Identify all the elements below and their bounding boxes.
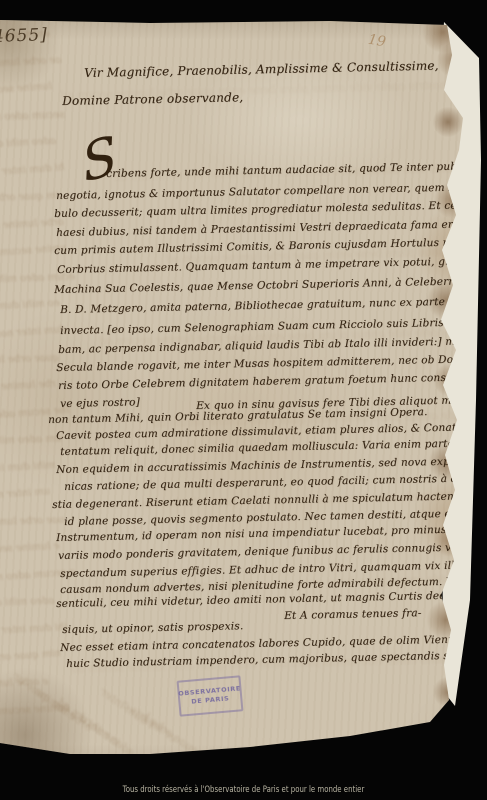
letter-line: Et A coramus tenues fra- (284, 607, 422, 622)
letter-line: nicas ratione; de qua multi desperarunt,… (64, 472, 487, 493)
letter-line: bulo decusserit; quam ultra limites prog… (54, 199, 487, 220)
ghost-stroke: ihi dum inter no (0, 622, 68, 637)
letter-line: Corbrius stimulassent. Quamquam tantum à… (57, 255, 487, 276)
ghost-stroke: ae orbe lumine s (0, 55, 62, 70)
observatoire-stamp: OBSERVATOIRE DE PARIS (177, 675, 244, 716)
ghost-stroke: orbe lumine (32, 685, 94, 734)
ghost-stroke: eo mihi dum inte (0, 298, 60, 313)
letter-line: Domine Patrone observande, (62, 90, 243, 108)
ghost-stroke: er nostris c (120, 698, 179, 745)
ghost-stroke: dum inter nostr (0, 324, 67, 341)
letter-line: Secula blande rogavit, me inter Musas ho… (56, 353, 473, 374)
stamp-line-2: DE PARIS (191, 695, 230, 705)
page-number: 19 (367, 32, 387, 51)
ghost-stroke: lumine secum ade (0, 703, 69, 719)
copyright-bar: Tous droits réservés à l'Observatoire de… (0, 754, 487, 800)
ghost-stroke: mihi dum inter (0, 460, 56, 475)
manuscript-page: enim quae orbe lae orbe lumine s lumine … (0, 0, 487, 800)
ghost-stroke: um inter nostris (0, 486, 51, 503)
letter-line: haesi dubius, nisi tandem à Praestantiss… (56, 216, 487, 239)
ghost-stroke: secum adeo mihi (0, 110, 65, 124)
letter-line: B. D. Metzgero, amita paterna, Bibliothe… (60, 295, 472, 316)
ghost-stroke: i dum inter (98, 685, 156, 731)
ghost-stroke: e lumine secum a (0, 541, 60, 557)
letter-line: Vir Magnifice, Praenobilis, Amplissime &… (84, 59, 439, 80)
ghost-stroke: e orbe lumine se (0, 677, 48, 691)
ghost-stroke: im quae orbe lum (0, 190, 59, 204)
letter-line: siquis, ut opinor, satis prospexis. (62, 620, 244, 636)
ghost-stroke: enim quae or (11, 670, 79, 723)
catalog-number: 4655] (0, 25, 48, 47)
letter-line: bam, ac perpensa indignabar, aliquid lau… (58, 335, 487, 356)
ghost-stroke: adeo mihi dum in (0, 136, 56, 152)
letter-line: variis modo ponderis gravitatem, denique… (58, 540, 487, 562)
ghost-stroke: hi dum inter nos (0, 162, 65, 179)
letter-line: cribens forte, unde mihi tantum audaciae… (106, 159, 487, 180)
ghost-stroke: nim quae orbe lu (0, 648, 61, 665)
initial-flourish-letter: S (79, 129, 121, 191)
photograph: enim quae orbe lae orbe lumine s lumine … (0, 0, 487, 800)
letter-line: Machina Sua Coelestis, quae Mense Octobr… (54, 275, 487, 296)
ghost-stroke: uae orbe lumine (0, 515, 65, 529)
letter-line: cum primis autem Illustrissimi Comitis, … (54, 235, 487, 257)
ghost-stroke: ine secum ad (55, 696, 123, 749)
ghost-stroke: lumine secum ad (0, 81, 52, 98)
letter-line: invecta. [eo ipso, cum Selenographiam Su… (60, 316, 474, 337)
letter-line: ris toto Orbe Celebrem dignitatem habere… (58, 371, 487, 392)
ghost-stroke: quae orbe lumin (0, 353, 59, 367)
ghost-stroke: rbe lumine secum (0, 379, 56, 395)
letter-line: ve ejus rostro] (60, 396, 140, 410)
copyright-text: Tous droits réservés à l'Observatoire de… (44, 785, 443, 795)
ghost-stroke: adeo mihi dum i (0, 596, 55, 610)
ghost-stroke: um adeo mihi dum (0, 433, 62, 447)
ghost-stroke: quae orbe l (142, 711, 201, 758)
ghost-stroke: adeo mihi d (76, 711, 137, 759)
